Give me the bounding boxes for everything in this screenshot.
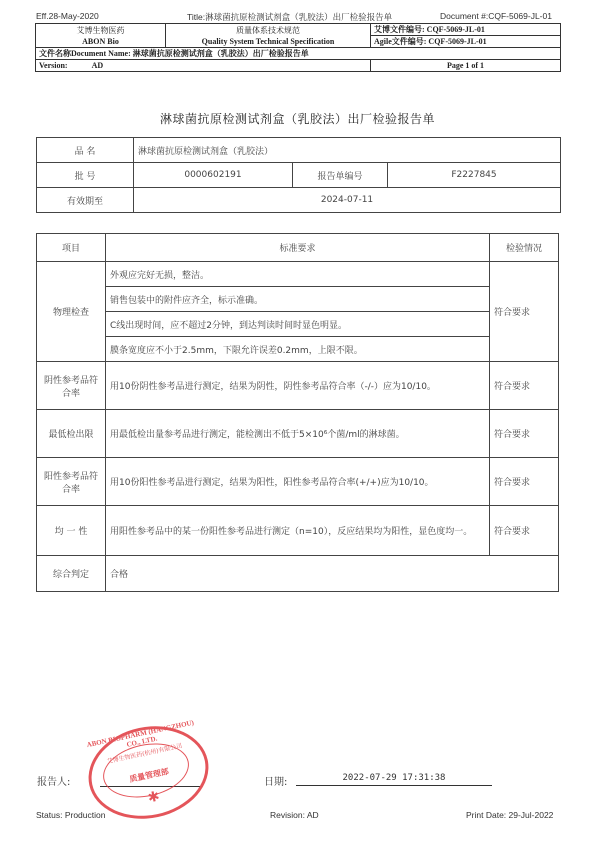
positive-ref-result: 符合要求 bbox=[490, 458, 559, 506]
report-no-label: 报告单编号 bbox=[293, 163, 388, 188]
footer-revision: Revision: AD bbox=[270, 810, 319, 820]
footer-print-date: Print Date: 29-Jul-2022 bbox=[466, 810, 553, 820]
physical-check-result: 符合要求 bbox=[490, 262, 559, 362]
positive-ref-label: 阳性参考品符合率 bbox=[37, 458, 106, 506]
system-cell: 质量体系技术规范 Quality System Technical Specif… bbox=[166, 24, 371, 48]
header-title: Title:淋球菌抗原检测试剂盒（乳胶法）出厂检验报告单 bbox=[187, 11, 392, 23]
header-standard: 标准要求 bbox=[106, 234, 490, 262]
header-item: 项目 bbox=[37, 234, 106, 262]
version-cell: Version: AD bbox=[36, 60, 371, 72]
version-value: AD bbox=[92, 61, 104, 70]
overall-judgement-label: 综合判定 bbox=[37, 556, 106, 592]
detection-limit-label: 最低检出限 bbox=[37, 410, 106, 458]
detection-limit-result: 符合要求 bbox=[490, 410, 559, 458]
physical-req-2: 销售包装中的附件应齐全，标示准确。 bbox=[106, 287, 490, 312]
product-info-table: 品 名 淋球菌抗原检测试剂盒（乳胶法） 批 号 0000602191 报告单编号… bbox=[36, 137, 561, 213]
uniformity-result: 符合要求 bbox=[490, 506, 559, 556]
company-en: ABON Bio bbox=[39, 36, 162, 47]
table-row: 阳性参考品符合率 用10份阳性参考品进行测定，结果为阳性，阳性参考品符合率(+/… bbox=[37, 458, 559, 506]
product-name-value: 淋球菌抗原检测试剂盒（乳胶法） bbox=[134, 138, 561, 163]
report-no-value: F2227845 bbox=[388, 163, 561, 188]
batch-label: 批 号 bbox=[37, 163, 134, 188]
table-row: 阴性参考品符合率 用10份阴性参考品进行测定，结果为阴性，阴性参考品符合率（-/… bbox=[37, 362, 559, 410]
document-name: 文件名称Document Name: 淋球菌抗原检测试剂盒（乳胶法）出厂检验报告… bbox=[36, 48, 561, 60]
expiry-label: 有效期至 bbox=[37, 188, 134, 213]
footer-status: Status: Production bbox=[36, 810, 105, 820]
physical-req-4: 膜条宽度应不小于2.5mm，下限允许误差0.2mm，上限不限。 bbox=[106, 337, 490, 362]
positive-ref-requirement: 用10份阳性参考品进行测定，结果为阳性，阳性参考品符合率(+/+)应为10/10… bbox=[106, 458, 490, 506]
physical-req-1: 外观应完好无损，整洁。 bbox=[106, 262, 490, 287]
table-row: 均 一 性 用阳性参考品中的某一份阳性参考品进行测定（n=10），反应结果均为阳… bbox=[37, 506, 559, 556]
header-result: 检验情况 bbox=[490, 234, 559, 262]
uniformity-label: 均 一 性 bbox=[37, 506, 106, 556]
uniformity-requirement: 用阳性参考品中的某一份阳性参考品进行测定（n=10），反应结果均为阳性，显色度均… bbox=[106, 506, 490, 556]
company-cell: 艾博生物医药 ABON Bio bbox=[36, 24, 166, 48]
negative-ref-label: 阴性参考品符合率 bbox=[37, 362, 106, 410]
document-number: Document #:CQF-5069-JL-01 bbox=[440, 11, 552, 21]
batch-value: 0000602191 bbox=[134, 163, 293, 188]
product-name-label: 品 名 bbox=[37, 138, 134, 163]
page-number: Page 1 of 1 bbox=[371, 60, 561, 72]
system-en: Quality System Technical Specification bbox=[169, 36, 367, 47]
abon-doc-no: 艾博文件编号: CQF-5069-JL-01 bbox=[371, 24, 561, 36]
negative-ref-result: 符合要求 bbox=[490, 362, 559, 410]
date-label: 日期: bbox=[264, 773, 287, 788]
inspection-table: 项目 标准要求 检验情况 物理检查 外观应完好无损，整洁。 符合要求 销售包装中… bbox=[36, 233, 559, 592]
overall-judgement-value: 合格 bbox=[106, 556, 559, 592]
negative-ref-requirement: 用10份阴性参考品进行测定，结果为阴性，阴性参考品符合率（-/-）应为10/10… bbox=[106, 362, 490, 410]
expiry-value: 2024-07-11 bbox=[134, 188, 561, 213]
agile-doc-no: Agile文件编号: CQF-5069-JL-01 bbox=[371, 36, 561, 48]
header-table: 艾博生物医药 ABON Bio 质量体系技术规范 Quality System … bbox=[35, 23, 561, 72]
table-row: 最低检出限 用最低检出量参考品进行测定，能检测出不低于5×10⁶个菌/ml的淋球… bbox=[37, 410, 559, 458]
version-label: Version: bbox=[39, 61, 68, 70]
physical-check-label: 物理检查 bbox=[37, 262, 106, 362]
detection-limit-requirement: 用最低检出量参考品进行测定，能检测出不低于5×10⁶个菌/ml的淋球菌。 bbox=[106, 410, 490, 458]
date-value: 2022-07-29 17:31:38 bbox=[296, 773, 492, 786]
physical-req-3: C线出现时间，应不超过2分钟，到达判读时间时显色明显。 bbox=[106, 312, 490, 337]
system-cn: 质量体系技术规范 bbox=[169, 25, 367, 36]
reporter-label: 报告人: bbox=[37, 773, 70, 788]
document-title: 淋球菌抗原检测试剂盒（乳胶法）出厂检验报告单 bbox=[0, 110, 595, 127]
company-cn: 艾博生物医药 bbox=[39, 25, 162, 36]
effective-date: Eff.28-May-2020 bbox=[36, 11, 99, 21]
